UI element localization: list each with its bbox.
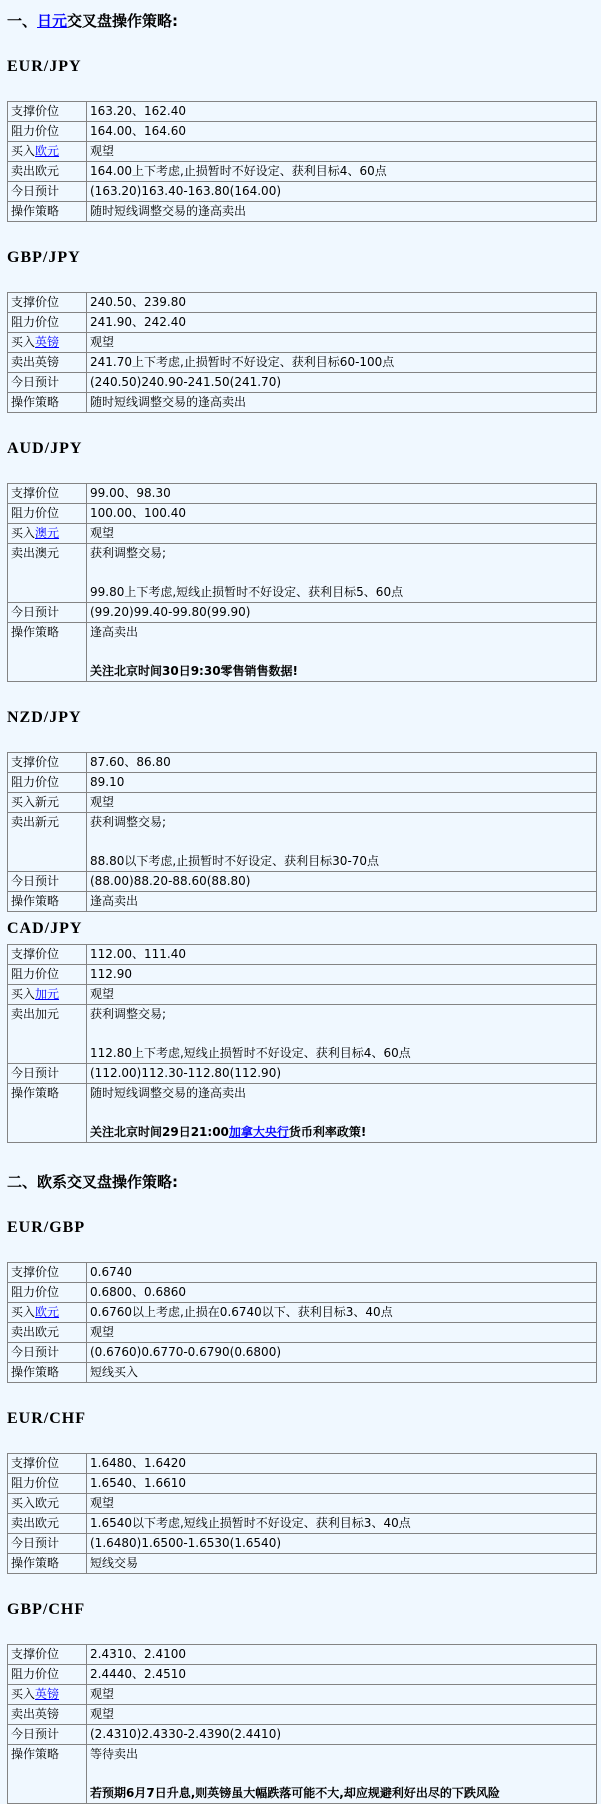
row-label: 买入欧元 [8, 1494, 87, 1514]
table-row: 阻力价位 241.90、242.40 [8, 313, 597, 333]
sell-line-1: 获利调整交易; [90, 815, 593, 830]
row-value: 随时短线调整交易的逢高卖出 关注北京时间29日21:00加拿大央行货币利率政策! [87, 1084, 597, 1143]
row-label: 今日预计 [8, 872, 87, 892]
row-value: 获利调整交易; 112.80上下考虑,短线止损暂时不好设定、获利目标4、60点 [87, 1005, 597, 1064]
row-label: 买入澳元 [8, 524, 87, 544]
row-label: 卖出加元 [8, 1005, 87, 1064]
row-value: 观望 [87, 142, 597, 162]
table-row: 今日预计 (99.20)99.40-99.80(99.90) [8, 603, 597, 623]
spacer [90, 561, 593, 585]
row-value: 观望 [87, 793, 597, 813]
row-label: 今日预计 [8, 1343, 87, 1363]
row-label: 今日预计 [8, 603, 87, 623]
row-label: 买入新元 [8, 793, 87, 813]
table-row: 操作策略 短线买入 [8, 1363, 597, 1383]
table-row: 今日预计 (2.4310)2.4330-2.4390(2.4410) [8, 1725, 597, 1745]
row-value: 241.70上下考虑,止损暂时不好设定、获利目标60-100点 [87, 353, 597, 373]
pair-title-cadjpy: CAD/JPY [7, 920, 597, 938]
row-value: (88.00)88.20-88.60(88.80) [87, 872, 597, 892]
row-value: 0.6800、0.6860 [87, 1283, 597, 1303]
row-value: 随时短线调整交易的逢高卖出 [87, 202, 597, 222]
row-label: 阻力价位 [8, 313, 87, 333]
spacer [90, 1101, 593, 1125]
buy-label-prefix: 买入 [11, 1687, 35, 1701]
row-value: 112.90 [87, 965, 597, 985]
strategy-line: 等待卖出 [90, 1747, 593, 1762]
pair-table-eurgbp: 支撑价位 0.6740 阻力价位 0.6800、0.6860 买入欧元 0.67… [7, 1262, 597, 1383]
row-label: 买入英镑 [8, 333, 87, 353]
gbp-currency-link[interactable]: 英镑 [35, 335, 59, 349]
row-value: 逢高卖出 关注北京时间30日9:30零售销售数据! [87, 623, 597, 682]
row-value: 2.4310、2.4100 [87, 1645, 597, 1665]
table-row: 操作策略 逢高卖出 [8, 892, 597, 912]
section-1-prefix: 一、 [7, 12, 37, 30]
row-label: 卖出欧元 [8, 162, 87, 182]
row-label: 卖出英镑 [8, 1705, 87, 1725]
row-value: 逢高卖出 [87, 892, 597, 912]
row-value: 观望 [87, 1323, 597, 1343]
row-label: 买入英镑 [8, 1685, 87, 1705]
row-label: 操作策略 [8, 1363, 87, 1383]
row-label: 支撑价位 [8, 1645, 87, 1665]
row-value: (1.6480)1.6500-1.6530(1.6540) [87, 1534, 597, 1554]
row-value: (240.50)240.90-241.50(241.70) [87, 373, 597, 393]
spacer [90, 640, 593, 664]
table-row: 支撑价位 0.6740 [8, 1263, 597, 1283]
row-label: 今日预计 [8, 1725, 87, 1745]
table-row: 买入英镑 观望 [8, 1685, 597, 1705]
row-label: 买入欧元 [8, 1303, 87, 1323]
aud-currency-link[interactable]: 澳元 [35, 526, 59, 540]
row-value: 87.60、86.80 [87, 753, 597, 773]
table-row: 支撑价位 99.00、98.30 [8, 484, 597, 504]
row-label: 今日预计 [8, 373, 87, 393]
strategy-document: 一、日元交叉盘操作策略: EUR/JPY 支撑价位 163.20、162.40 … [7, 10, 597, 1804]
row-label: 操作策略 [8, 1745, 87, 1804]
row-value: 观望 [87, 333, 597, 353]
row-value: 获利调整交易; 88.80以下考虑,止损暂时不好设定、获利目标30-70点 [87, 813, 597, 872]
row-label: 阻力价位 [8, 1665, 87, 1685]
row-label: 支撑价位 [8, 293, 87, 313]
row-value: 1.6540、1.6610 [87, 1474, 597, 1494]
strategy-note: 关注北京时间30日9:30零售销售数据! [90, 664, 593, 679]
row-label: 操作策略 [8, 393, 87, 413]
pair-title-nzdjpy: NZD/JPY [7, 709, 597, 727]
table-row: 支撑价位 163.20、162.40 [8, 102, 597, 122]
pair-table-eurchf: 支撑价位 1.6480、1.6420 阻力价位 1.6540、1.6610 买入… [7, 1453, 597, 1574]
row-value: 240.50、239.80 [87, 293, 597, 313]
table-row: 买入加元 观望 [8, 985, 597, 1005]
row-label: 操作策略 [8, 1084, 87, 1143]
row-value: 观望 [87, 524, 597, 544]
row-value: 获利调整交易; 99.80上下考虑,短线止损暂时不好设定、获利目标5、60点 [87, 544, 597, 603]
row-label: 阻力价位 [8, 965, 87, 985]
table-row: 支撑价位 1.6480、1.6420 [8, 1454, 597, 1474]
table-row: 操作策略 随时短线调整交易的逢高卖出 关注北京时间29日21:00加拿大央行货币… [8, 1084, 597, 1143]
table-row: 买入欧元 0.6760以上考虑,止损在0.6740以下、获利目标3、40点 [8, 1303, 597, 1323]
row-label: 卖出欧元 [8, 1323, 87, 1343]
strategy-note: 若预期6月7日升息,则英镑虽大幅跌落可能不大,却应规避利好出尽的下跌风险 [90, 1786, 593, 1801]
sell-line-1: 获利调整交易; [90, 1007, 593, 1022]
table-row: 操作策略 短线交易 [8, 1554, 597, 1574]
row-label: 阻力价位 [8, 1283, 87, 1303]
row-value: (2.4310)2.4330-2.4390(2.4410) [87, 1725, 597, 1745]
table-row: 支撑价位 112.00、111.40 [8, 945, 597, 965]
buy-label-prefix: 买入 [11, 1305, 35, 1319]
row-label: 阻力价位 [8, 773, 87, 793]
table-row: 卖出新元 获利调整交易; 88.80以下考虑,止损暂时不好设定、获利目标30-7… [8, 813, 597, 872]
row-value: 0.6760以上考虑,止损在0.6740以下、获利目标3、40点 [87, 1303, 597, 1323]
table-row: 操作策略 等待卖出 若预期6月7日升息,则英镑虽大幅跌落可能不大,却应规避利好出… [8, 1745, 597, 1804]
section-1-suffix: 交叉盘操作策略: [67, 12, 178, 30]
note-suffix: 货币利率政策! [289, 1125, 366, 1139]
row-value: (0.6760)0.6770-0.6790(0.6800) [87, 1343, 597, 1363]
table-row: 买入新元 观望 [8, 793, 597, 813]
row-value: 89.10 [87, 773, 597, 793]
eur-currency-link[interactable]: 欧元 [35, 1305, 59, 1319]
table-row: 今日预计 (0.6760)0.6770-0.6790(0.6800) [8, 1343, 597, 1363]
row-label: 操作策略 [8, 892, 87, 912]
row-value: (163.20)163.40-163.80(164.00) [87, 182, 597, 202]
table-row: 卖出欧元 164.00上下考虑,止损暂时不好设定、获利目标4、60点 [8, 162, 597, 182]
table-row: 阻力价位 89.10 [8, 773, 597, 793]
jpy-link[interactable]: 日元 [37, 12, 67, 30]
row-label: 支撑价位 [8, 102, 87, 122]
row-value: 随时短线调整交易的逢高卖出 [87, 393, 597, 413]
row-label: 支撑价位 [8, 484, 87, 504]
row-label: 支撑价位 [8, 1263, 87, 1283]
table-row: 卖出欧元 1.6540以下考虑,短线止损暂时不好设定、获利目标3、40点 [8, 1514, 597, 1534]
row-value: 观望 [87, 1685, 597, 1705]
row-label: 卖出澳元 [8, 544, 87, 603]
bank-of-canada-link[interactable]: 加拿大央行 [229, 1125, 289, 1139]
pair-title-audjpy: AUD/JPY [7, 440, 597, 458]
eur-currency-link[interactable]: 欧元 [35, 144, 59, 158]
table-row: 今日预计 (88.00)88.20-88.60(88.80) [8, 872, 597, 892]
pair-title-gbpchf: GBP/CHF [7, 1601, 597, 1619]
table-row: 卖出欧元 观望 [8, 1323, 597, 1343]
row-label: 买入欧元 [8, 142, 87, 162]
pair-table-audjpy: 支撑价位 99.00、98.30 阻力价位 100.00、100.40 买入澳元… [7, 483, 597, 682]
pair-title-eurchf: EUR/CHF [7, 1410, 597, 1428]
row-label: 阻力价位 [8, 1474, 87, 1494]
table-row: 今日预计 (163.20)163.40-163.80(164.00) [8, 182, 597, 202]
sell-line-2: 112.80上下考虑,短线止损暂时不好设定、获利目标4、60点 [90, 1046, 593, 1061]
sell-line-2: 88.80以下考虑,止损暂时不好设定、获利目标30-70点 [90, 854, 593, 869]
buy-label-prefix: 买入 [11, 987, 35, 1001]
row-value: 观望 [87, 1494, 597, 1514]
table-row: 阻力价位 2.4440、2.4510 [8, 1665, 597, 1685]
sell-line-1: 获利调整交易; [90, 546, 593, 561]
table-row: 操作策略 随时短线调整交易的逢高卖出 [8, 202, 597, 222]
row-label: 买入加元 [8, 985, 87, 1005]
table-row: 阻力价位 100.00、100.40 [8, 504, 597, 524]
row-label: 阻力价位 [8, 504, 87, 524]
table-row: 今日预计 (112.00)112.30-112.80(112.90) [8, 1064, 597, 1084]
table-row: 支撑价位 240.50、239.80 [8, 293, 597, 313]
pair-table-gbpchf: 支撑价位 2.4310、2.4100 阻力价位 2.4440、2.4510 买入… [7, 1644, 597, 1804]
row-value: 99.00、98.30 [87, 484, 597, 504]
row-label: 卖出新元 [8, 813, 87, 872]
table-row: 买入澳元 观望 [8, 524, 597, 544]
table-row: 阻力价位 164.00、164.60 [8, 122, 597, 142]
buy-label-prefix: 买入 [11, 335, 35, 349]
strategy-line: 逢高卖出 [90, 625, 593, 640]
table-row: 卖出澳元 获利调整交易; 99.80上下考虑,短线止损暂时不好设定、获利目标5、… [8, 544, 597, 603]
pair-table-gbpjpy: 支撑价位 240.50、239.80 阻力价位 241.90、242.40 买入… [7, 292, 597, 413]
cad-currency-link[interactable]: 加元 [35, 987, 59, 1001]
gbp-currency-link[interactable]: 英镑 [35, 1687, 59, 1701]
table-row: 今日预计 (1.6480)1.6500-1.6530(1.6540) [8, 1534, 597, 1554]
table-row: 买入欧元 观望 [8, 142, 597, 162]
pair-title-gbpjpy: GBP/JPY [7, 249, 597, 267]
row-value: 112.00、111.40 [87, 945, 597, 965]
table-row: 卖出英镑 241.70上下考虑,止损暂时不好设定、获利目标60-100点 [8, 353, 597, 373]
pair-table-nzdjpy: 支撑价位 87.60、86.80 阻力价位 89.10 买入新元 观望 卖出新元… [7, 752, 597, 912]
row-value: (99.20)99.40-99.80(99.90) [87, 603, 597, 623]
row-label: 支撑价位 [8, 753, 87, 773]
spacer [90, 830, 593, 854]
row-value: (112.00)112.30-112.80(112.90) [87, 1064, 597, 1084]
table-row: 支撑价位 87.60、86.80 [8, 753, 597, 773]
sell-line-2: 99.80上下考虑,短线止损暂时不好设定、获利目标5、60点 [90, 585, 593, 600]
buy-label-prefix: 买入 [11, 144, 35, 158]
table-row: 卖出加元 获利调整交易; 112.80上下考虑,短线止损暂时不好设定、获利目标4… [8, 1005, 597, 1064]
row-value: 1.6540以下考虑,短线止损暂时不好设定、获利目标3、40点 [87, 1514, 597, 1534]
pair-title-eurgbp: EUR/GBP [7, 1219, 597, 1237]
row-label: 操作策略 [8, 623, 87, 682]
pair-table-eurjpy: 支撑价位 163.20、162.40 阻力价位 164.00、164.60 买入… [7, 101, 597, 222]
table-row: 操作策略 逢高卖出 关注北京时间30日9:30零售销售数据! [8, 623, 597, 682]
row-label: 操作策略 [8, 1554, 87, 1574]
spacer [90, 1022, 593, 1046]
row-value: 100.00、100.40 [87, 504, 597, 524]
strategy-note: 关注北京时间29日21:00加拿大央行货币利率政策! [90, 1125, 593, 1140]
row-value: 等待卖出 若预期6月7日升息,则英镑虽大幅跌落可能不大,却应规避利好出尽的下跌风… [87, 1745, 597, 1804]
row-value: 短线买入 [87, 1363, 597, 1383]
row-label: 今日预计 [8, 1064, 87, 1084]
table-row: 操作策略 随时短线调整交易的逢高卖出 [8, 393, 597, 413]
row-label: 卖出英镑 [8, 353, 87, 373]
table-row: 今日预计 (240.50)240.90-241.50(241.70) [8, 373, 597, 393]
strategy-line: 随时短线调整交易的逢高卖出 [90, 1086, 593, 1101]
row-value: 164.00、164.60 [87, 122, 597, 142]
row-label: 今日预计 [8, 182, 87, 202]
note-prefix: 关注北京时间29日21:00 [90, 1125, 229, 1139]
table-row: 卖出英镑 观望 [8, 1705, 597, 1725]
row-value: 2.4440、2.4510 [87, 1665, 597, 1685]
row-value: 164.00上下考虑,止损暂时不好设定、获利目标4、60点 [87, 162, 597, 182]
table-row: 买入欧元 观望 [8, 1494, 597, 1514]
row-value: 观望 [87, 985, 597, 1005]
row-value: 241.90、242.40 [87, 313, 597, 333]
row-label: 今日预计 [8, 1534, 87, 1554]
table-row: 买入英镑 观望 [8, 333, 597, 353]
buy-label-prefix: 买入 [11, 526, 35, 540]
table-row: 支撑价位 2.4310、2.4100 [8, 1645, 597, 1665]
table-row: 阻力价位 0.6800、0.6860 [8, 1283, 597, 1303]
row-value: 观望 [87, 1705, 597, 1725]
row-value: 163.20、162.40 [87, 102, 597, 122]
section-1-heading: 一、日元交叉盘操作策略: [7, 10, 597, 31]
row-value: 短线交易 [87, 1554, 597, 1574]
row-label: 支撑价位 [8, 1454, 87, 1474]
row-label: 阻力价位 [8, 122, 87, 142]
row-value: 0.6740 [87, 1263, 597, 1283]
row-label: 操作策略 [8, 202, 87, 222]
row-label: 卖出欧元 [8, 1514, 87, 1534]
pair-table-cadjpy: 支撑价位 112.00、111.40 阻力价位 112.90 买入加元 观望 卖… [7, 944, 597, 1143]
spacer [90, 1762, 593, 1786]
row-label: 支撑价位 [8, 945, 87, 965]
table-row: 阻力价位 112.90 [8, 965, 597, 985]
row-value: 1.6480、1.6420 [87, 1454, 597, 1474]
section-2-heading: 二、欧系交叉盘操作策略: [7, 1171, 597, 1192]
pair-title-eurjpy: EUR/JPY [7, 58, 597, 76]
table-row: 阻力价位 1.6540、1.6610 [8, 1474, 597, 1494]
